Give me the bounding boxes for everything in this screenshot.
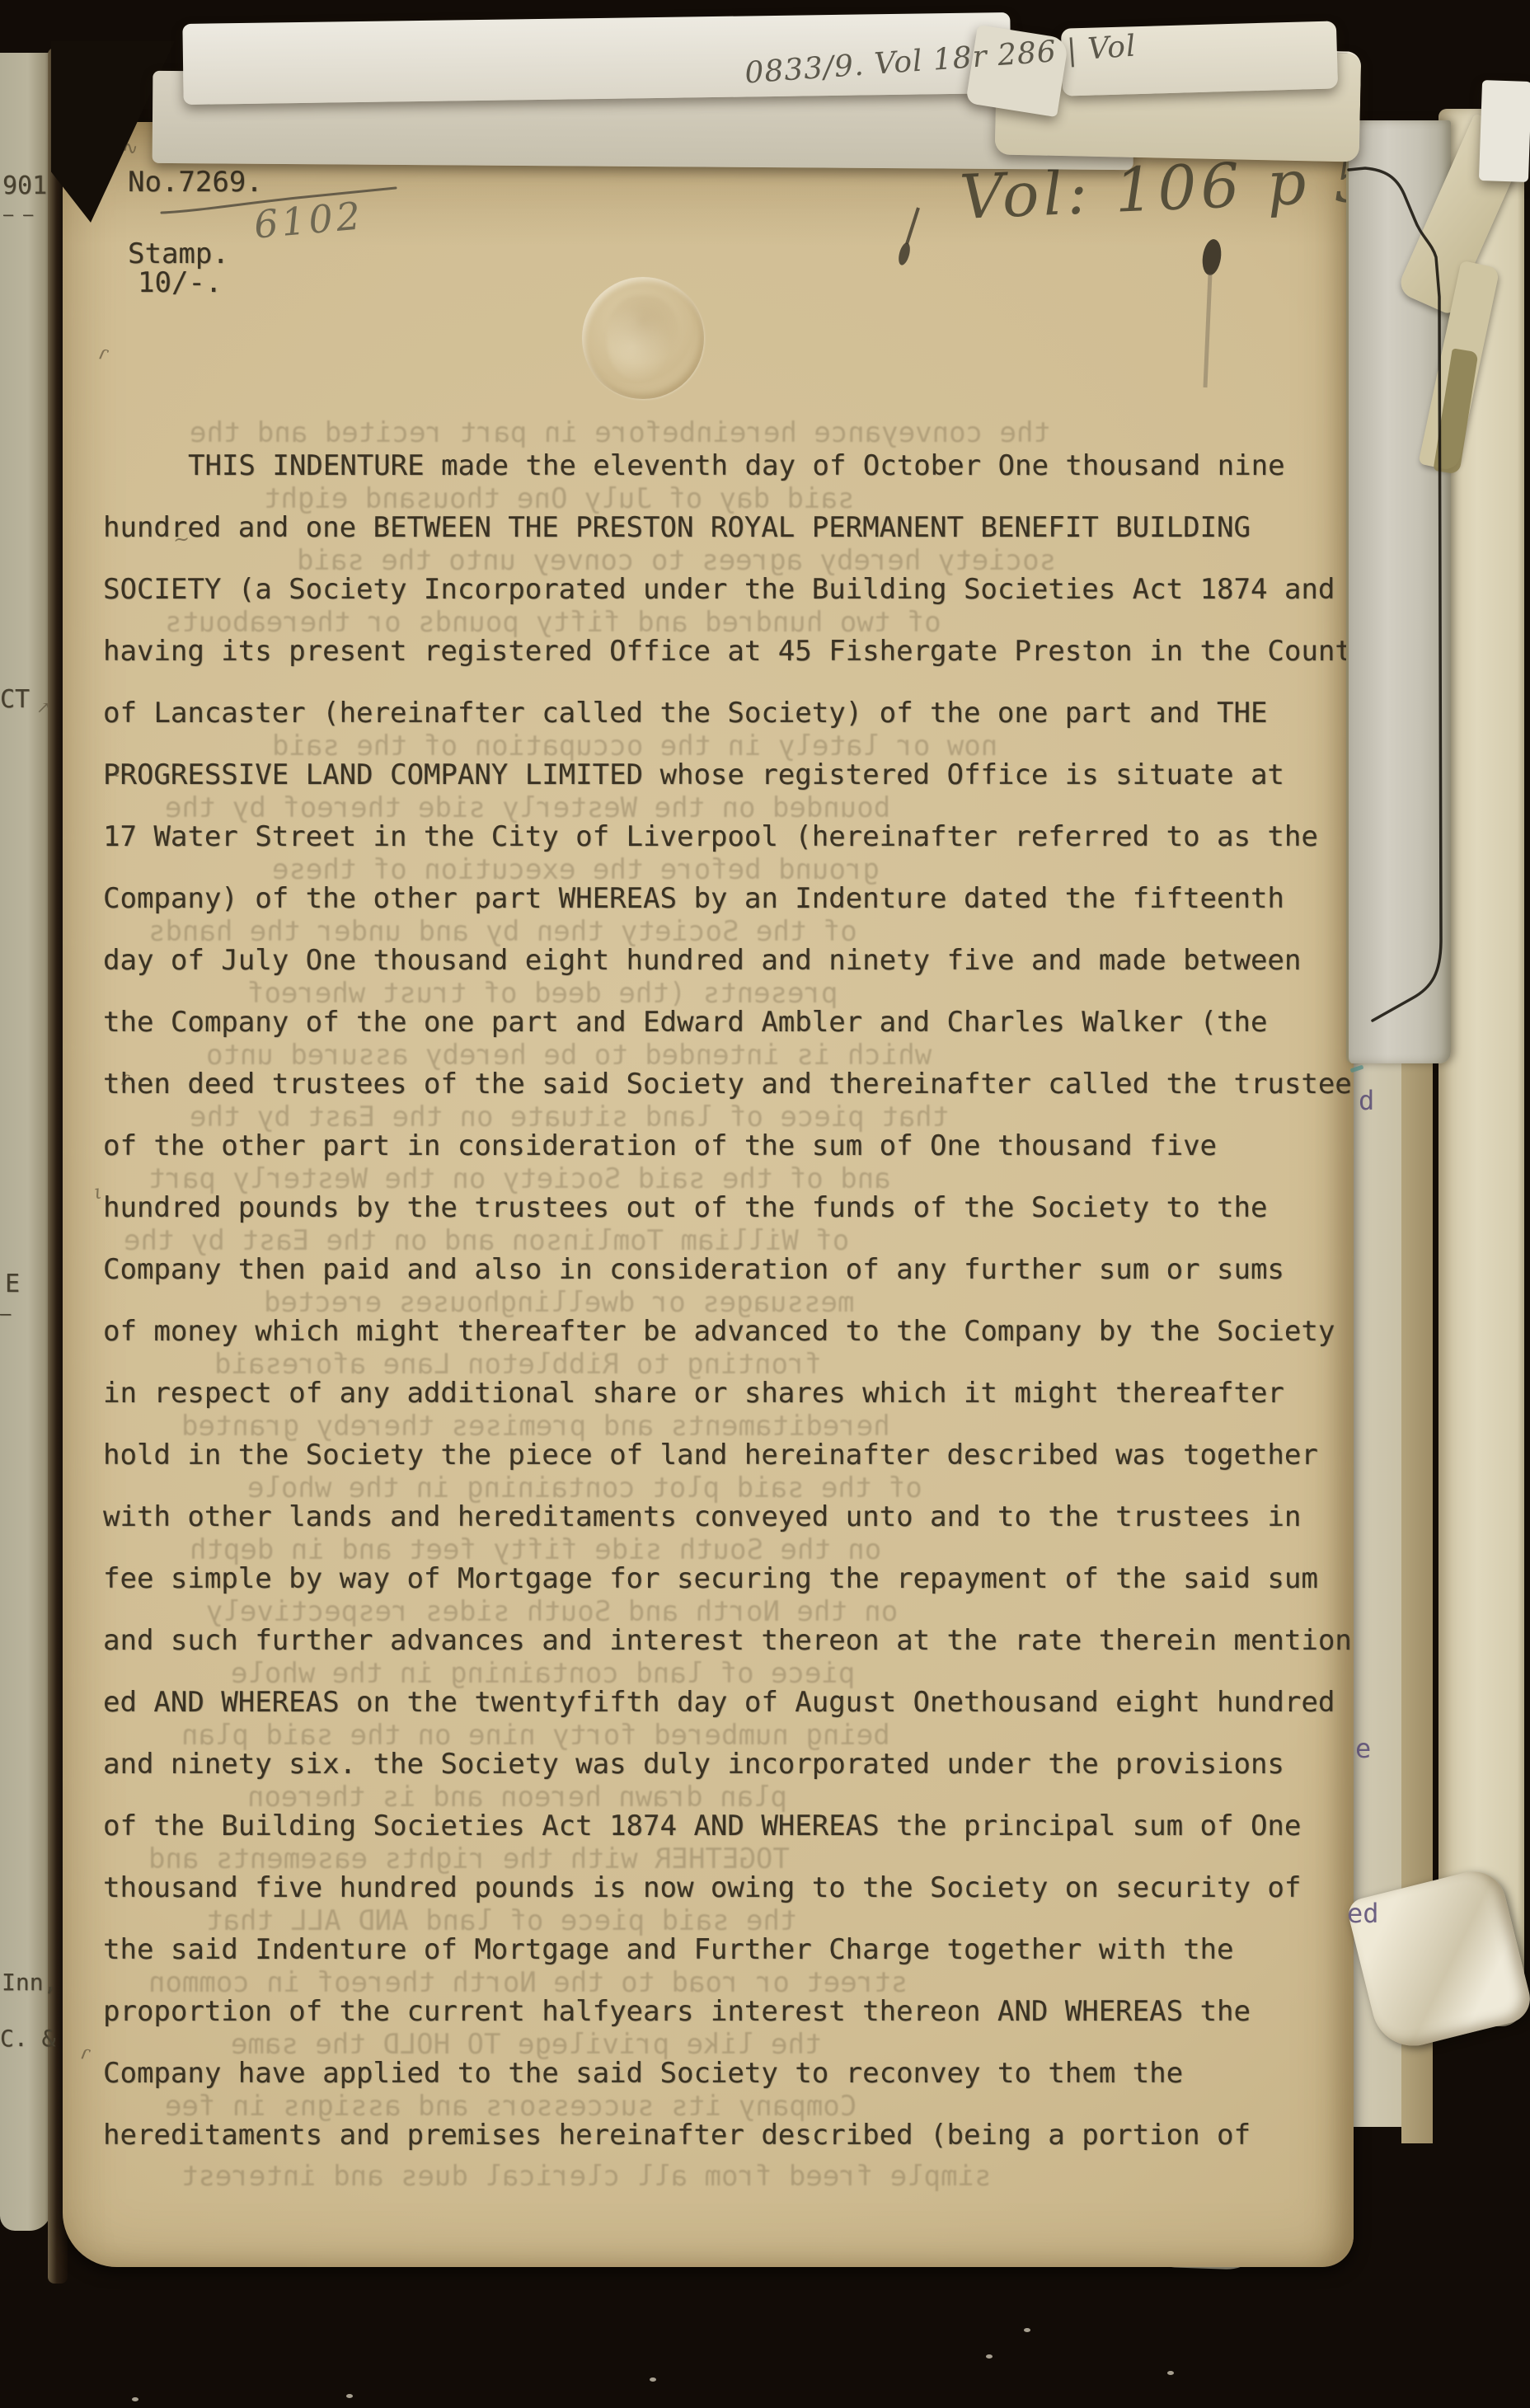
body-line: 17 Water Street in the City of Liverpool… <box>103 820 1318 853</box>
bleedthrough-line: piece of land containing in the whole <box>231 1657 855 1690</box>
body-line: of money which might thereafter be advan… <box>103 1315 1335 1348</box>
purple-ink-fragment: ed <box>1347 1898 1379 1929</box>
bleedthrough-line: on the North and South sides respectivel… <box>206 1595 898 1628</box>
body-line: hold in the Society the piece of land he… <box>103 1439 1318 1472</box>
body-line: fee simple by way of Mortgage for securi… <box>103 1562 1318 1595</box>
bleedthrough-line: hereditaments and premises thereby grant… <box>181 1410 890 1443</box>
body-line: day of July One thousand eight hundred a… <box>103 944 1301 977</box>
bleedthrough-line: the said piece of land AND ALL that <box>206 1904 796 1937</box>
bleedthrough-line: bounded on the Westerly side thereof by … <box>165 791 890 824</box>
document-number: No.7269. <box>128 166 263 199</box>
bleedthrough-line: now or lately in the occupation of the s… <box>272 730 997 763</box>
bleedthrough-line: of two hundred and fifty pounds or there… <box>165 606 941 639</box>
body-line: having its present registered Office at … <box>103 635 1354 668</box>
dust-speck <box>346 2394 353 2398</box>
scanned-deed-photograph: No.7269. Stamp. 10/-. 6102 Vol: 106 p 5 … <box>0 0 1530 2408</box>
bleedthrough-line: plan drawn hereon and is thereon <box>247 1781 787 1814</box>
bleedthrough-line: ground before the execution of these <box>272 853 880 886</box>
body-line: SOCIETY (a Society Incorporated under th… <box>103 573 1335 606</box>
stamp-label: Stamp. <box>128 237 229 270</box>
body-line: and ninety six. the Society was duly inc… <box>103 1748 1284 1781</box>
bleedthrough-line: society hereby agrees to convey unto the… <box>297 544 1056 577</box>
stamp-value: 10/-. <box>138 266 222 299</box>
body-line: the Company of the one part and Edward A… <box>103 1006 1267 1039</box>
adjacent-page-text-fragment: CT <box>0 685 30 714</box>
bleedthrough-line: being numbered forty nine on the said pl… <box>181 1719 890 1752</box>
bleedthrough-line: messuages or dwellinghouses erected <box>264 1286 854 1319</box>
adjacent-page-text-fragment: — – <box>3 204 33 224</box>
bleedthrough-line: street or road to the North thereof in c… <box>148 1966 908 1999</box>
body-line: hereditaments and premises hereinafter d… <box>103 2119 1251 2152</box>
bleedthrough-line: which is intended to be hereby assured u… <box>206 1039 932 1072</box>
adjacent-page-text-fragment: — <box>0 1304 11 1325</box>
bleedthrough-line: Company its successors and assigns in fe… <box>165 2090 857 2123</box>
pen-tick-mark: ɾ <box>120 1067 130 1091</box>
bleedthrough-line: that piece of land situate on the East b… <box>190 1101 949 1134</box>
body-line: the said Indenture of Mortgage and Furth… <box>103 1933 1233 1966</box>
body-line: Company) of the other part WHEREAS by an… <box>103 882 1284 915</box>
body-line: hundred and one BETWEEN THE PRESTON ROYA… <box>103 511 1251 544</box>
body-line: of the other part in consideration of th… <box>103 1129 1217 1162</box>
body-line: of Lancaster (hereinafter called the Soc… <box>103 697 1267 730</box>
body-line: proportion of the current halfyears inte… <box>103 1995 1251 2028</box>
purple-ink-fragment: d <box>1359 1085 1374 1116</box>
dust-speck <box>1024 2328 1030 2332</box>
adjacent-page-text-fragment: C. & <box>0 2025 55 2052</box>
body-line: of the Building Societies Act 1874 AND W… <box>103 1810 1301 1842</box>
bleedthrough-line: simple freed from all clerical dues and … <box>181 2160 992 2193</box>
body-line: THIS INDENTURE made the eleventh day of … <box>188 449 1285 482</box>
deed-page: No.7269. Stamp. 10/-. 6102 Vol: 106 p 5 … <box>63 122 1354 2267</box>
body-line: ed AND WHEREAS on the twentyfifth day of… <box>103 1686 1335 1719</box>
adjacent-page-text-fragment: Inn, <box>2 1969 57 1996</box>
bleedthrough-line: TOGETHER with the rights easements and <box>148 1842 790 1875</box>
pen-tick-mark: ∼ <box>172 527 190 552</box>
dust-speck <box>986 2354 993 2359</box>
body-line: in respect of any additional share or sh… <box>103 1377 1284 1410</box>
bleedthrough-line: the conveyance hereinbefore in part reci… <box>190 416 1050 449</box>
bleedthrough-line: presents (the deed of trust whereof <box>247 977 838 1010</box>
embossed-seal <box>582 277 704 399</box>
pen-tick-mark: ↗ <box>36 697 50 717</box>
dust-speck <box>650 2377 656 2382</box>
bleedthrough-line: the like privilege TO HOLD the same <box>231 2028 821 2061</box>
bleedthrough-line: fronting to Ribbleton Lane aforesaid <box>214 1348 822 1381</box>
body-line: Company then paid and also in considerat… <box>103 1253 1284 1286</box>
purple-ink-fragment: e <box>1355 1733 1371 1764</box>
body-line: PROGRESSIVE LAND COMPANY LIMITED whose r… <box>103 758 1284 791</box>
bleedthrough-line: on the South side fifty feet and in dept… <box>190 1533 881 1566</box>
handwritten-number: 6102 <box>252 193 365 246</box>
bleedthrough-line: of William Tomlinson and on the East by … <box>124 1224 849 1257</box>
body-line: hundred pounds by the trustees out of th… <box>103 1191 1267 1224</box>
body-line: thousand five hundred pounds is now owin… <box>103 1871 1301 1904</box>
bleedthrough-line: said day of July One thousand eight <box>264 482 854 515</box>
dust-speck <box>132 2397 138 2401</box>
dust-speck <box>1167 2371 1174 2375</box>
bleedthrough-line: of the Society then by and under the han… <box>148 915 857 948</box>
left-adjacent-page <box>0 53 51 2231</box>
bleedthrough-line: of the said plot containing in the whole <box>247 1472 922 1504</box>
right-edge-paper-sliver <box>1479 80 1530 182</box>
body-line: and such further advances and interest t… <box>103 1624 1352 1657</box>
bleedthrough-line: and of the said Society on the Westerly … <box>148 1162 891 1195</box>
adjacent-page-text-fragment: 901 <box>2 171 47 200</box>
body-line: with other lands and hereditaments conve… <box>103 1500 1301 1533</box>
body-line: Company have applied to the said Society… <box>103 2057 1183 2090</box>
body-line: then deed trustees of the said Society a… <box>103 1068 1354 1101</box>
adjacent-page-text-fragment: E <box>5 1270 20 1298</box>
